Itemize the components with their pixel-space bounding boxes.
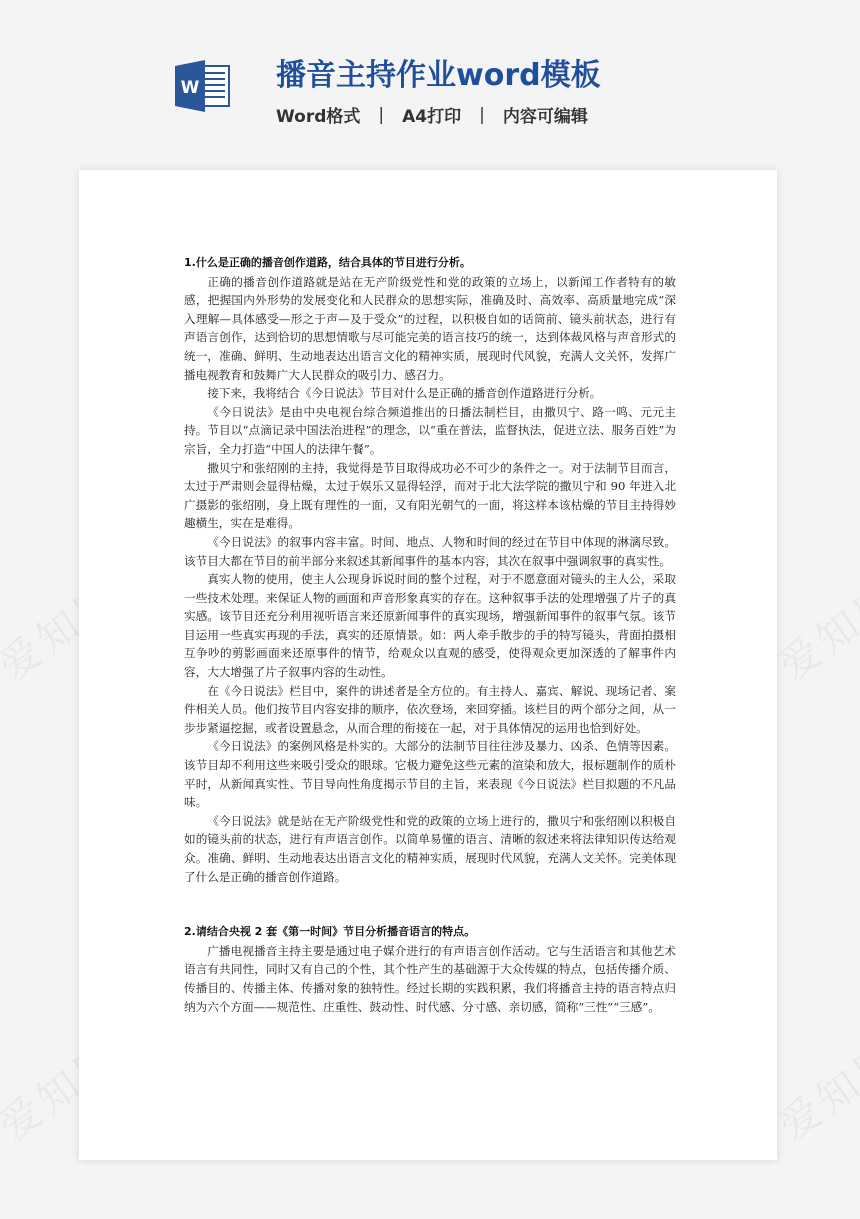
feature-a4-print: A4打印 [402, 102, 461, 127]
svg-text:W: W [181, 78, 200, 98]
paragraph: 正确的播音创作道路就是站在无产阶级党性和党的政策的立场上，以新闻工作者特有的敏感… [184, 273, 676, 385]
paragraph: 《今日说法》是由中央电视台综合频道推出的日播法制栏目，由撒贝宁、路一鸣、元元主持… [184, 403, 676, 459]
word-document-icon: W [173, 58, 231, 114]
section-spacer [184, 886, 676, 923]
paragraph: 《今日说法》的案例风格是朴实的。大部分的法制节目往往涉及暴力、凶杀、色情等因素。… [184, 737, 676, 811]
feature-word-format: Word格式 [276, 102, 360, 127]
paragraph: 广播电视播音主持主要是通过电子媒介进行的有声语言创作活动。它与生活语言和其他艺术… [184, 942, 676, 1016]
template-header: W 播音主持作业word模板 Word格式 | A4打印 | 内容可编辑 [0, 0, 860, 170]
feature-editable: 内容可编辑 [503, 102, 588, 127]
watermark: 爱知网 [766, 566, 860, 692]
watermark: 爱知网 [766, 1026, 860, 1152]
document-content: 1.什么是正确的播音创作道路，结合具体的节目进行分析。 正确的播音创作道路就是站… [184, 254, 676, 1016]
paragraph: 在《今日说法》栏目中，案件的讲述者是全方位的。有主持人、嘉宾、解说、现场记者、案… [184, 682, 676, 738]
template-features: Word格式 | A4打印 | 内容可编辑 [276, 102, 588, 127]
template-title: 播音主持作业word模板 [276, 50, 601, 94]
question-1-title: 1.什么是正确的播音创作道路，结合具体的节目进行分析。 [184, 254, 676, 273]
paragraph: 接下来，我将结合《今日说法》节目对什么是正确的播音创作道路进行分析。 [184, 384, 676, 403]
paragraph: 《今日说法》就是站在无产阶级党性和党的政策的立场上进行的，撒贝宁和张绍刚以积极自… [184, 812, 676, 886]
document-page: 1.什么是正确的播音创作道路，结合具体的节目进行分析。 正确的播音创作道路就是站… [79, 170, 777, 1160]
separator: | [479, 105, 485, 125]
paragraph: 《今日说法》的叙事内容丰富。时间、地点、人物和时间的经过在节目中体现的淋漓尽致。… [184, 533, 676, 570]
paragraph: 真实人物的使用，使主人公现身诉说时间的整个过程，对于不愿意面对镜头的主人公，采取… [184, 570, 676, 682]
paragraph: 撒贝宁和张绍刚的主持，我觉得是节目取得成功必不可少的条件之一。对于法制节目而言，… [184, 459, 676, 533]
separator: | [378, 105, 384, 125]
question-2-title: 2.请结合央视 2 套《第一时间》节目分析播音语言的特点。 [184, 923, 676, 942]
